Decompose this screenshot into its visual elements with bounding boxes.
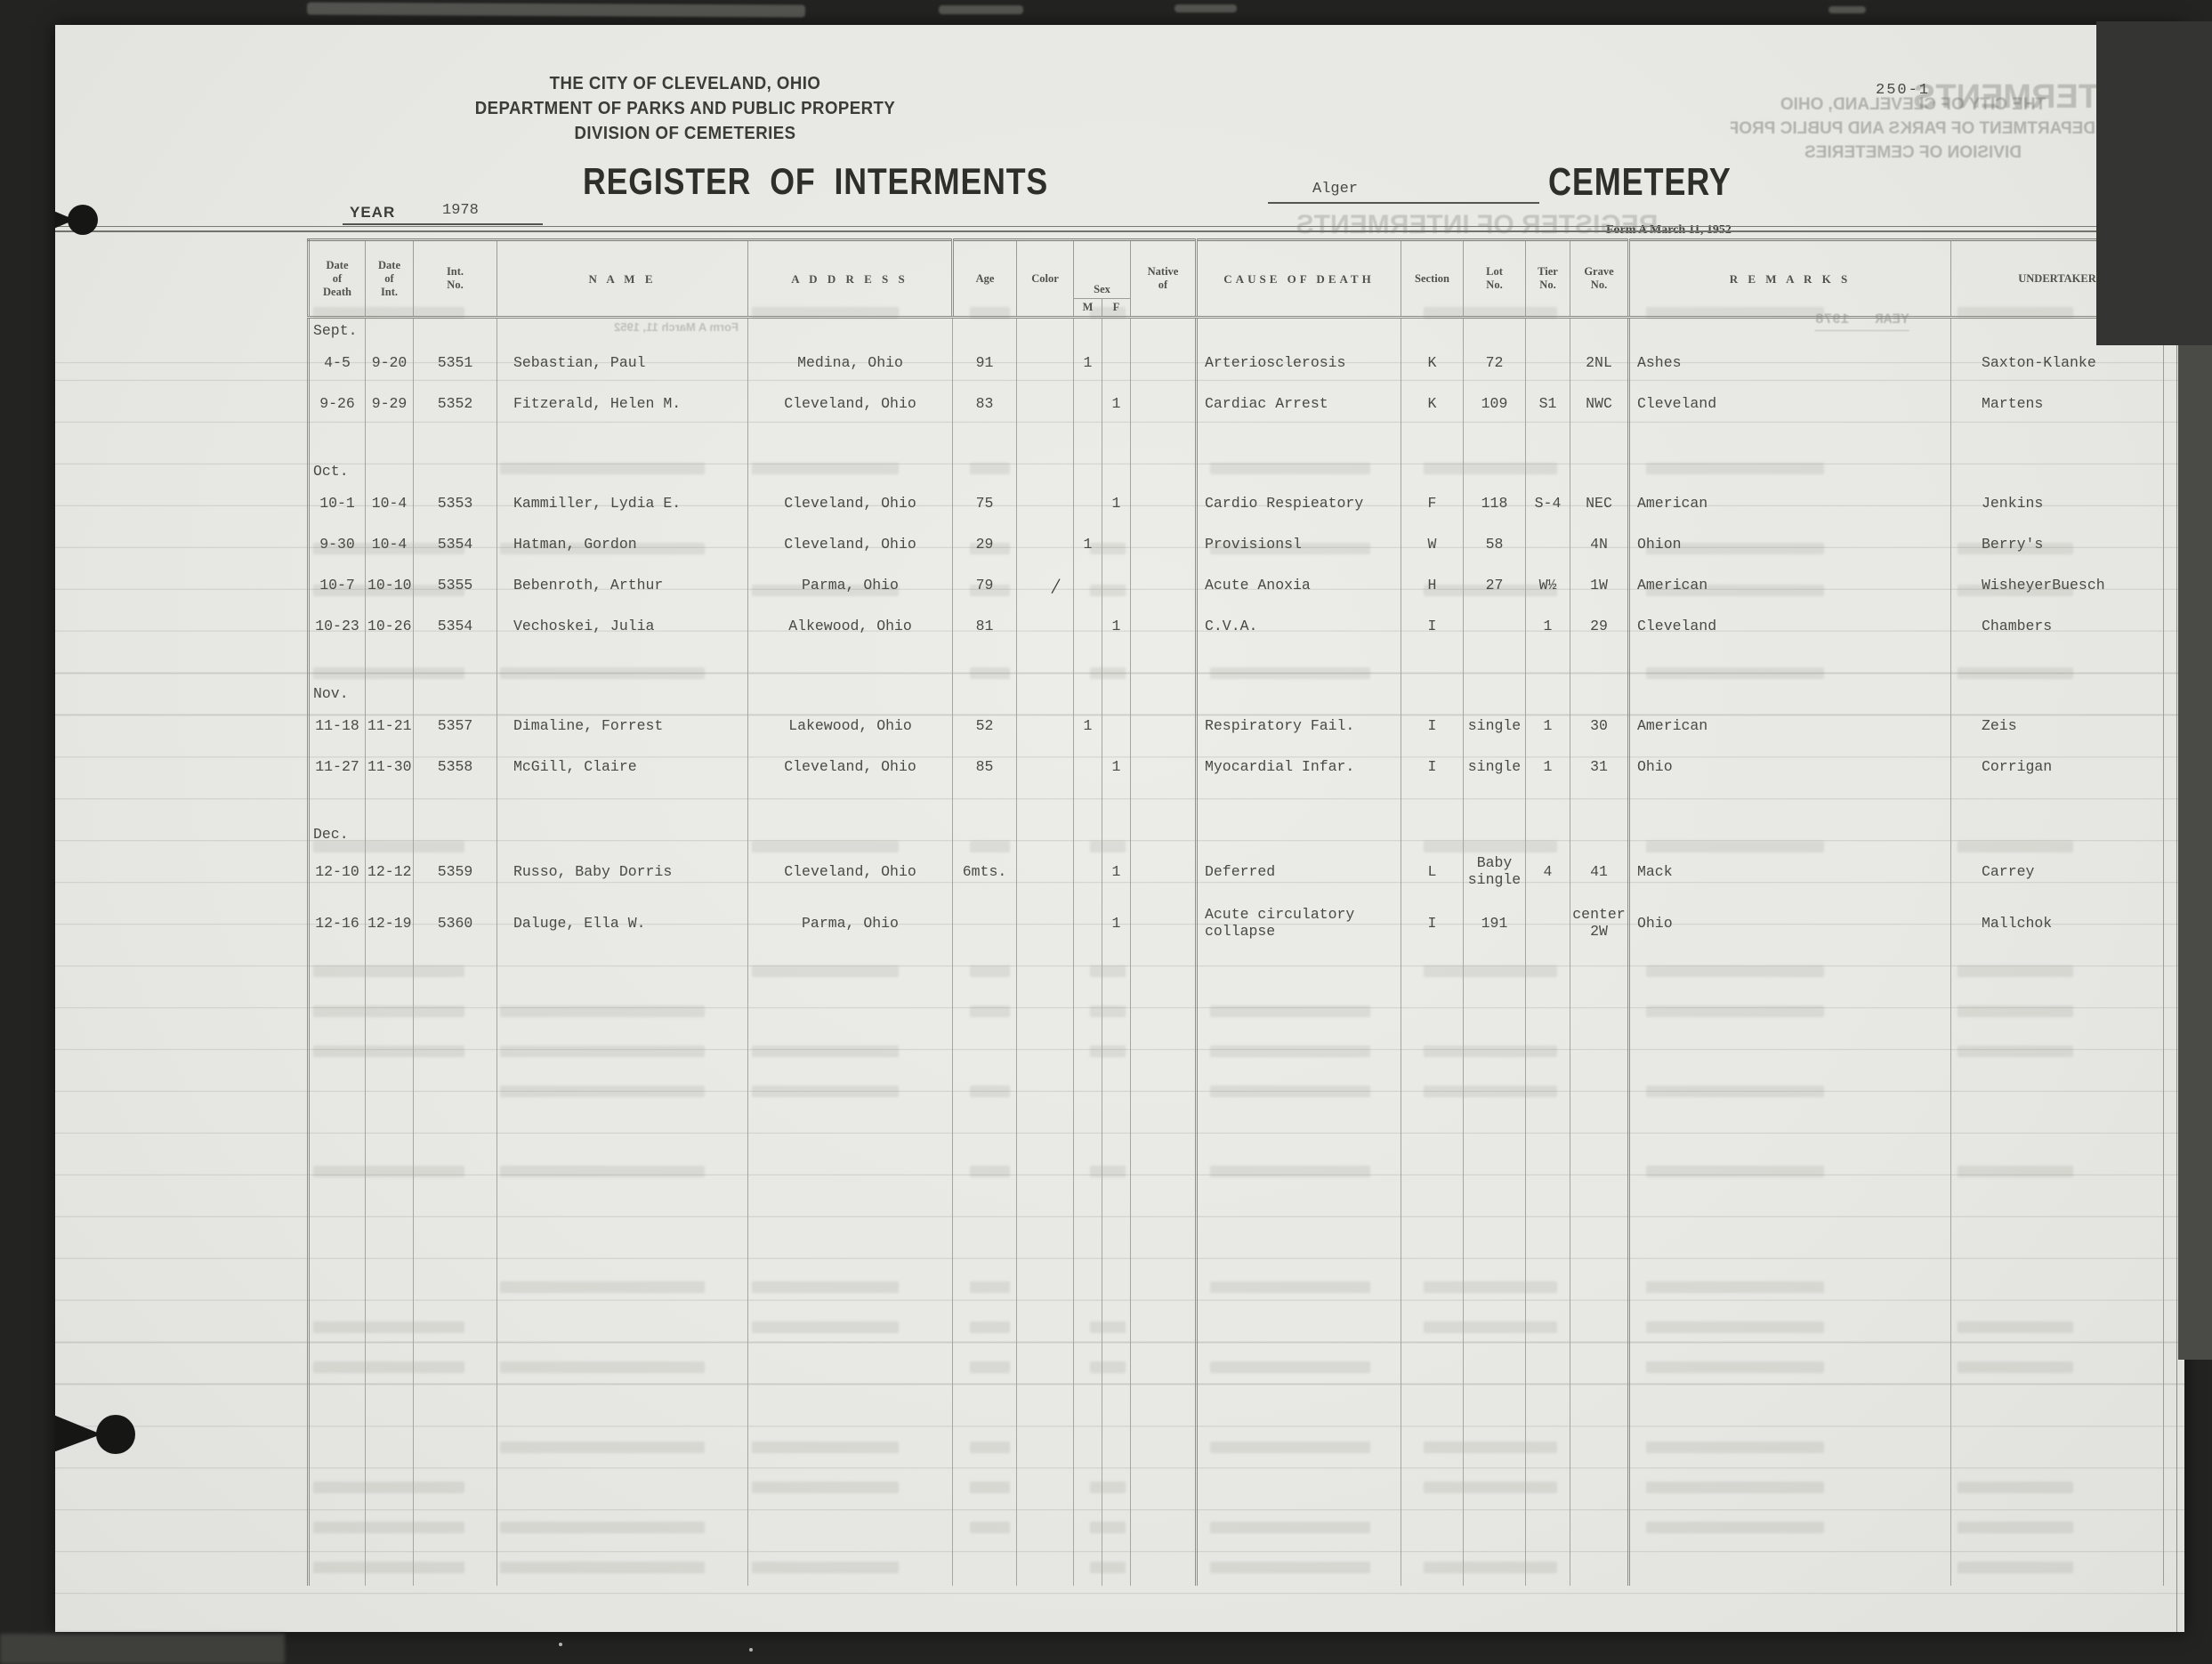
cell-age: 81 bbox=[953, 605, 1017, 646]
col-header-sex: Sex bbox=[1074, 240, 1131, 299]
cell-tier bbox=[1526, 523, 1570, 564]
cell-undertaker: WisheyerBuesch bbox=[1951, 564, 2164, 605]
cell-address: Cleveland, Ohio bbox=[748, 523, 953, 564]
cell-undertaker: Corrigan bbox=[1951, 746, 2164, 787]
cell-name: Daluge, Ella W. bbox=[497, 897, 748, 949]
page-number: 250-1 bbox=[1876, 82, 1930, 99]
cell-remarks: Ohio bbox=[1629, 897, 1951, 949]
cell-cause: Cardio Respieatory bbox=[1197, 482, 1401, 523]
cell-name: Dimaline, Forrest bbox=[497, 705, 748, 746]
cell-cause: Deferred bbox=[1197, 845, 1401, 897]
cell-cause: Provisionsl bbox=[1197, 523, 1401, 564]
cell-section: I bbox=[1401, 897, 1464, 949]
cell-remarks: American bbox=[1629, 705, 1951, 746]
cell-native bbox=[1131, 383, 1197, 424]
month-label-row: Oct. bbox=[309, 459, 2164, 482]
register-row: 11-2711-305358McGill, ClaireCleveland, O… bbox=[309, 746, 2164, 787]
cell-color_mark bbox=[1017, 845, 1074, 897]
scan-corner-shadow bbox=[2096, 21, 2212, 345]
cell-remarks: Ohion bbox=[1629, 523, 1951, 564]
cell-age: 83 bbox=[953, 383, 1017, 424]
section-gap bbox=[309, 646, 2164, 682]
torn-paper-fragment bbox=[939, 5, 1023, 14]
cell-lot: 27 bbox=[1464, 564, 1526, 605]
col-header-color: Color bbox=[1017, 240, 1074, 318]
col-header-int-no: Int. No. bbox=[414, 240, 497, 318]
cell-dod: 12-16 bbox=[309, 897, 366, 949]
month-label: Oct. bbox=[309, 459, 366, 482]
org-city-line: THE CITY OF CLEVELAND, OHIO bbox=[396, 71, 975, 96]
cell-undertaker: Chambers bbox=[1951, 605, 2164, 646]
cell-address: Cleveland, Ohio bbox=[748, 383, 953, 424]
cell-tier: S-4 bbox=[1526, 482, 1570, 523]
cell-section: H bbox=[1401, 564, 1464, 605]
col-header-section: Section bbox=[1401, 240, 1464, 318]
cell-cause: Acute circulatory collapse bbox=[1197, 897, 1401, 949]
cell-color_mark: / bbox=[1017, 564, 1074, 605]
dust-speck bbox=[749, 1648, 753, 1652]
register-row: 12-1012-125359Russo, Baby DorrisClevelan… bbox=[309, 845, 2164, 897]
cell-tier: 1 bbox=[1526, 746, 1570, 787]
cell-native bbox=[1131, 482, 1197, 523]
cell-lot: single bbox=[1464, 746, 1526, 787]
cell-tier: 1 bbox=[1526, 705, 1570, 746]
col-header-grave-no: Grave No. bbox=[1570, 240, 1629, 318]
cell-grave: 30 bbox=[1570, 705, 1629, 746]
cell-tier: W½ bbox=[1526, 564, 1570, 605]
cell-sex_m bbox=[1074, 897, 1102, 949]
cell-grave: 1W bbox=[1570, 564, 1629, 605]
letterhead: THE CITY OF CLEVELAND, OHIO DEPARTMENT O… bbox=[396, 71, 975, 146]
cell-remarks: Mack bbox=[1629, 845, 1951, 897]
cell-address: Cleveland, Ohio bbox=[748, 746, 953, 787]
cell-section: W bbox=[1401, 523, 1464, 564]
month-label-row: Nov. bbox=[309, 682, 2164, 705]
cell-tier: 4 bbox=[1526, 845, 1570, 897]
cell-grave: 2NL bbox=[1570, 342, 1629, 383]
cell-tier bbox=[1526, 342, 1570, 383]
cemetery-name-value: Alger bbox=[1312, 181, 1358, 198]
cell-int_no: 5358 bbox=[414, 746, 497, 787]
torn-paper-fragment bbox=[1175, 4, 1237, 12]
cell-section: L bbox=[1401, 845, 1464, 897]
cell-section: K bbox=[1401, 342, 1464, 383]
cell-color_mark bbox=[1017, 897, 1074, 949]
cell-dod: 11-27 bbox=[309, 746, 366, 787]
cell-grave: center 2W bbox=[1570, 897, 1629, 949]
cell-undertaker: Zeis bbox=[1951, 705, 2164, 746]
cell-int_no: 5351 bbox=[414, 342, 497, 383]
col-header-date-of-int: Date of Int. bbox=[366, 240, 414, 318]
cell-section: I bbox=[1401, 705, 1464, 746]
scan-bottom-streak bbox=[0, 1634, 285, 1664]
cell-grave: 4N bbox=[1570, 523, 1629, 564]
cell-lot: 109 bbox=[1464, 383, 1526, 424]
cell-cause: C.V.A. bbox=[1197, 605, 1401, 646]
cell-grave: 31 bbox=[1570, 746, 1629, 787]
cell-remarks: American bbox=[1629, 564, 1951, 605]
year-label: YEAR bbox=[350, 204, 395, 222]
cell-section: K bbox=[1401, 383, 1464, 424]
cell-sex_f bbox=[1102, 705, 1131, 746]
cell-color_mark bbox=[1017, 746, 1074, 787]
col-header-lot-no: Lot No. bbox=[1464, 240, 1526, 318]
cell-color_mark bbox=[1017, 523, 1074, 564]
section-gap bbox=[309, 424, 2164, 459]
cemetery-label: CEMETERY bbox=[1548, 160, 1732, 205]
register-row: 10-710-105355Bebenroth, ArthurParma, Ohi… bbox=[309, 564, 2164, 605]
cell-name: Russo, Baby Dorris bbox=[497, 845, 748, 897]
month-label-row: Dec. bbox=[309, 822, 2164, 845]
cell-name: Bebenroth, Arthur bbox=[497, 564, 748, 605]
cell-name: Hatman, Gordon bbox=[497, 523, 748, 564]
cell-dod: 10-7 bbox=[309, 564, 366, 605]
cell-grave: NEC bbox=[1570, 482, 1629, 523]
cell-doi: 12-12 bbox=[366, 845, 414, 897]
cell-dod: 10-23 bbox=[309, 605, 366, 646]
cell-undertaker: Berry's bbox=[1951, 523, 2164, 564]
month-label-row: Sept. bbox=[309, 318, 2164, 343]
cell-sex_m bbox=[1074, 482, 1102, 523]
cell-cause: Arteriosclerosis bbox=[1197, 342, 1401, 383]
section-gap bbox=[309, 787, 2164, 822]
cell-remarks: Ohio bbox=[1629, 746, 1951, 787]
cell-dod: 9-26 bbox=[309, 383, 366, 424]
cell-undertaker: Jenkins bbox=[1951, 482, 2164, 523]
cell-color_mark bbox=[1017, 383, 1074, 424]
cell-dod: 11-18 bbox=[309, 705, 366, 746]
cell-lot: 191 bbox=[1464, 897, 1526, 949]
cell-age: 79 bbox=[953, 564, 1017, 605]
cell-sex_f: 1 bbox=[1102, 845, 1131, 897]
torn-paper-fragment bbox=[1829, 6, 1866, 13]
cell-sex_m bbox=[1074, 605, 1102, 646]
cell-grave: 41 bbox=[1570, 845, 1629, 897]
cell-grave: 29 bbox=[1570, 605, 1629, 646]
cell-sex_f: 1 bbox=[1102, 383, 1131, 424]
col-header-native-of: Native of bbox=[1131, 240, 1197, 318]
cell-name: Kammiller, Lydia E. bbox=[497, 482, 748, 523]
register-row: 4-59-205351Sebastian, PaulMedina, Ohio91… bbox=[309, 342, 2164, 383]
cell-color_mark bbox=[1017, 342, 1074, 383]
cell-int_no: 5360 bbox=[414, 897, 497, 949]
cell-sex_f bbox=[1102, 564, 1131, 605]
dust-speck bbox=[559, 1643, 562, 1646]
cell-name: Sebastian, Paul bbox=[497, 342, 748, 383]
col-header-cause-of-death: CAUSE OF DEATH bbox=[1197, 240, 1401, 318]
cell-doi: 10-4 bbox=[366, 523, 414, 564]
cell-age: 6mts. bbox=[953, 845, 1017, 897]
col-header-remarks: R E M A R K S bbox=[1629, 240, 1951, 318]
cell-native bbox=[1131, 342, 1197, 383]
cell-address: Lakewood, Ohio bbox=[748, 705, 953, 746]
cell-int_no: 5352 bbox=[414, 383, 497, 424]
cell-sex_f bbox=[1102, 342, 1131, 383]
cell-doi: 10-10 bbox=[366, 564, 414, 605]
cell-section: I bbox=[1401, 605, 1464, 646]
cell-native bbox=[1131, 605, 1197, 646]
col-header-name: N A M E bbox=[497, 240, 748, 318]
cell-tier: S1 bbox=[1526, 383, 1570, 424]
cell-native bbox=[1131, 845, 1197, 897]
register-row: 12-1612-195360Daluge, Ella W.Parma, Ohio… bbox=[309, 897, 2164, 949]
cell-color_mark bbox=[1017, 482, 1074, 523]
cell-sex_m bbox=[1074, 383, 1102, 424]
cell-lot: single bbox=[1464, 705, 1526, 746]
cell-cause: Acute Anoxia bbox=[1197, 564, 1401, 605]
year-underline bbox=[343, 223, 543, 225]
cell-grave: NWC bbox=[1570, 383, 1629, 424]
cell-age: 52 bbox=[953, 705, 1017, 746]
cell-lot: 58 bbox=[1464, 523, 1526, 564]
cell-address: Alkewood, Ohio bbox=[748, 605, 953, 646]
punch-hole bbox=[96, 1415, 135, 1454]
col-header-address: A D D R E S S bbox=[748, 240, 953, 318]
month-label: Dec. bbox=[309, 822, 366, 845]
cell-address: Cleveland, Ohio bbox=[748, 845, 953, 897]
col-header-sex-f: F bbox=[1102, 299, 1131, 318]
cell-doi: 9-29 bbox=[366, 383, 414, 424]
org-division-line: DIVISION OF CEMETERIES bbox=[396, 121, 975, 146]
col-header-tier-no: Tier No. bbox=[1526, 240, 1570, 318]
cell-dod: 10-1 bbox=[309, 482, 366, 523]
cell-doi: 12-19 bbox=[366, 897, 414, 949]
cell-undertaker: Martens bbox=[1951, 383, 2164, 424]
cell-dod: 4-5 bbox=[309, 342, 366, 383]
org-dept-line: DEPARTMENT OF PARKS AND PUBLIC PROPERTY bbox=[396, 96, 975, 121]
cell-dod: 9-30 bbox=[309, 523, 366, 564]
cell-undertaker: Saxton-Klanke bbox=[1951, 342, 2164, 383]
cell-int_no: 5355 bbox=[414, 564, 497, 605]
outer-column-line bbox=[2176, 238, 2177, 1632]
cell-native bbox=[1131, 705, 1197, 746]
cell-address: Medina, Ohio bbox=[748, 342, 953, 383]
cell-age: 29 bbox=[953, 523, 1017, 564]
cell-section: F bbox=[1401, 482, 1464, 523]
cell-sex_m: 1 bbox=[1074, 342, 1102, 383]
cell-undertaker: Carrey bbox=[1951, 845, 2164, 897]
col-header-date-of-death: Date of Death bbox=[309, 240, 366, 318]
cell-lot: 72 bbox=[1464, 342, 1526, 383]
cell-dod: 12-10 bbox=[309, 845, 366, 897]
cell-name: McGill, Claire bbox=[497, 746, 748, 787]
cell-color_mark bbox=[1017, 605, 1074, 646]
cell-tier bbox=[1526, 897, 1570, 949]
register-row: 10-110-45353Kammiller, Lydia E.Cleveland… bbox=[309, 482, 2164, 523]
cell-age: 91 bbox=[953, 342, 1017, 383]
cell-address: Cleveland, Ohio bbox=[748, 482, 953, 523]
cell-lot bbox=[1464, 605, 1526, 646]
empty-ledger-rows bbox=[309, 949, 2164, 1586]
col-header-age: Age bbox=[953, 240, 1017, 318]
cell-int_no: 5354 bbox=[414, 605, 497, 646]
cell-address: Parma, Ohio bbox=[748, 564, 953, 605]
register-row: 10-2310-265354Vechoskei, JuliaAlkewood, … bbox=[309, 605, 2164, 646]
cell-name: Fitzerald, Helen M. bbox=[497, 383, 748, 424]
torn-paper-fragment bbox=[307, 3, 805, 18]
cemetery-name-underline bbox=[1268, 202, 1539, 204]
page-title: REGISTER OF INTERMENTS bbox=[583, 160, 1048, 203]
cell-int_no: 5354 bbox=[414, 523, 497, 564]
cell-age: 75 bbox=[953, 482, 1017, 523]
cell-remarks: Cleveland bbox=[1629, 605, 1951, 646]
register-row: 9-269-295352Fitzerald, Helen M.Cleveland… bbox=[309, 383, 2164, 424]
cell-cause: Respiratory Fail. bbox=[1197, 705, 1401, 746]
cell-doi: 10-4 bbox=[366, 482, 414, 523]
year-value: 1978 bbox=[442, 202, 479, 219]
interments-table: Date of Death Date of Int. Int. No. N A … bbox=[307, 238, 2164, 1586]
cell-section: I bbox=[1401, 746, 1464, 787]
cell-sex_m: 1 bbox=[1074, 705, 1102, 746]
cell-int_no: 5353 bbox=[414, 482, 497, 523]
cell-address: Parma, Ohio bbox=[748, 897, 953, 949]
header-rule bbox=[55, 230, 2184, 232]
header-row: Date of Death Date of Int. Int. No. N A … bbox=[309, 240, 2164, 299]
handwritten-slash-mark: / bbox=[1050, 573, 1061, 601]
cell-doi: 9-20 bbox=[366, 342, 414, 383]
cell-remarks: American bbox=[1629, 482, 1951, 523]
cell-sex_m bbox=[1074, 845, 1102, 897]
month-label: Sept. bbox=[309, 318, 366, 343]
cell-lot: 118 bbox=[1464, 482, 1526, 523]
header-rule bbox=[55, 226, 2184, 227]
cell-age bbox=[953, 897, 1017, 949]
cell-sex_f: 1 bbox=[1102, 605, 1131, 646]
cell-int_no: 5359 bbox=[414, 845, 497, 897]
register-row: 9-3010-45354Hatman, GordonCleveland, Ohi… bbox=[309, 523, 2164, 564]
cell-undertaker: Mallchok bbox=[1951, 897, 2164, 949]
cell-sex_f bbox=[1102, 523, 1131, 564]
cell-doi: 11-30 bbox=[366, 746, 414, 787]
cell-age: 85 bbox=[953, 746, 1017, 787]
cell-color_mark bbox=[1017, 705, 1074, 746]
cell-sex_m bbox=[1074, 746, 1102, 787]
cell-sex_f: 1 bbox=[1102, 482, 1131, 523]
adjacent-sheet-edge bbox=[2178, 345, 2212, 1360]
cell-cause: Myocardial Infar. bbox=[1197, 746, 1401, 787]
cell-lot: Baby single bbox=[1464, 845, 1526, 897]
cell-native bbox=[1131, 897, 1197, 949]
month-label: Nov. bbox=[309, 682, 366, 705]
cell-remarks: Ashes bbox=[1629, 342, 1951, 383]
cell-sex_f: 1 bbox=[1102, 897, 1131, 949]
cell-cause: Cardiac Arrest bbox=[1197, 383, 1401, 424]
cell-native bbox=[1131, 564, 1197, 605]
scanned-register-page: THE CITY OF CLEVELAND, OHIO DEPARTMENT O… bbox=[0, 0, 2212, 1664]
cell-sex_m bbox=[1074, 564, 1102, 605]
cell-int_no: 5357 bbox=[414, 705, 497, 746]
cell-sex_f: 1 bbox=[1102, 746, 1131, 787]
col-header-sex-m: M bbox=[1074, 299, 1102, 318]
cell-doi: 11-21 bbox=[366, 705, 414, 746]
cell-sex_m: 1 bbox=[1074, 523, 1102, 564]
cell-tier: 1 bbox=[1526, 605, 1570, 646]
cell-doi: 10-26 bbox=[366, 605, 414, 646]
cell-remarks: Cleveland bbox=[1629, 383, 1951, 424]
cell-native bbox=[1131, 746, 1197, 787]
cell-native bbox=[1131, 523, 1197, 564]
register-row: 11-1811-215357Dimaline, ForrestLakewood,… bbox=[309, 705, 2164, 746]
cell-name: Vechoskei, Julia bbox=[497, 605, 748, 646]
